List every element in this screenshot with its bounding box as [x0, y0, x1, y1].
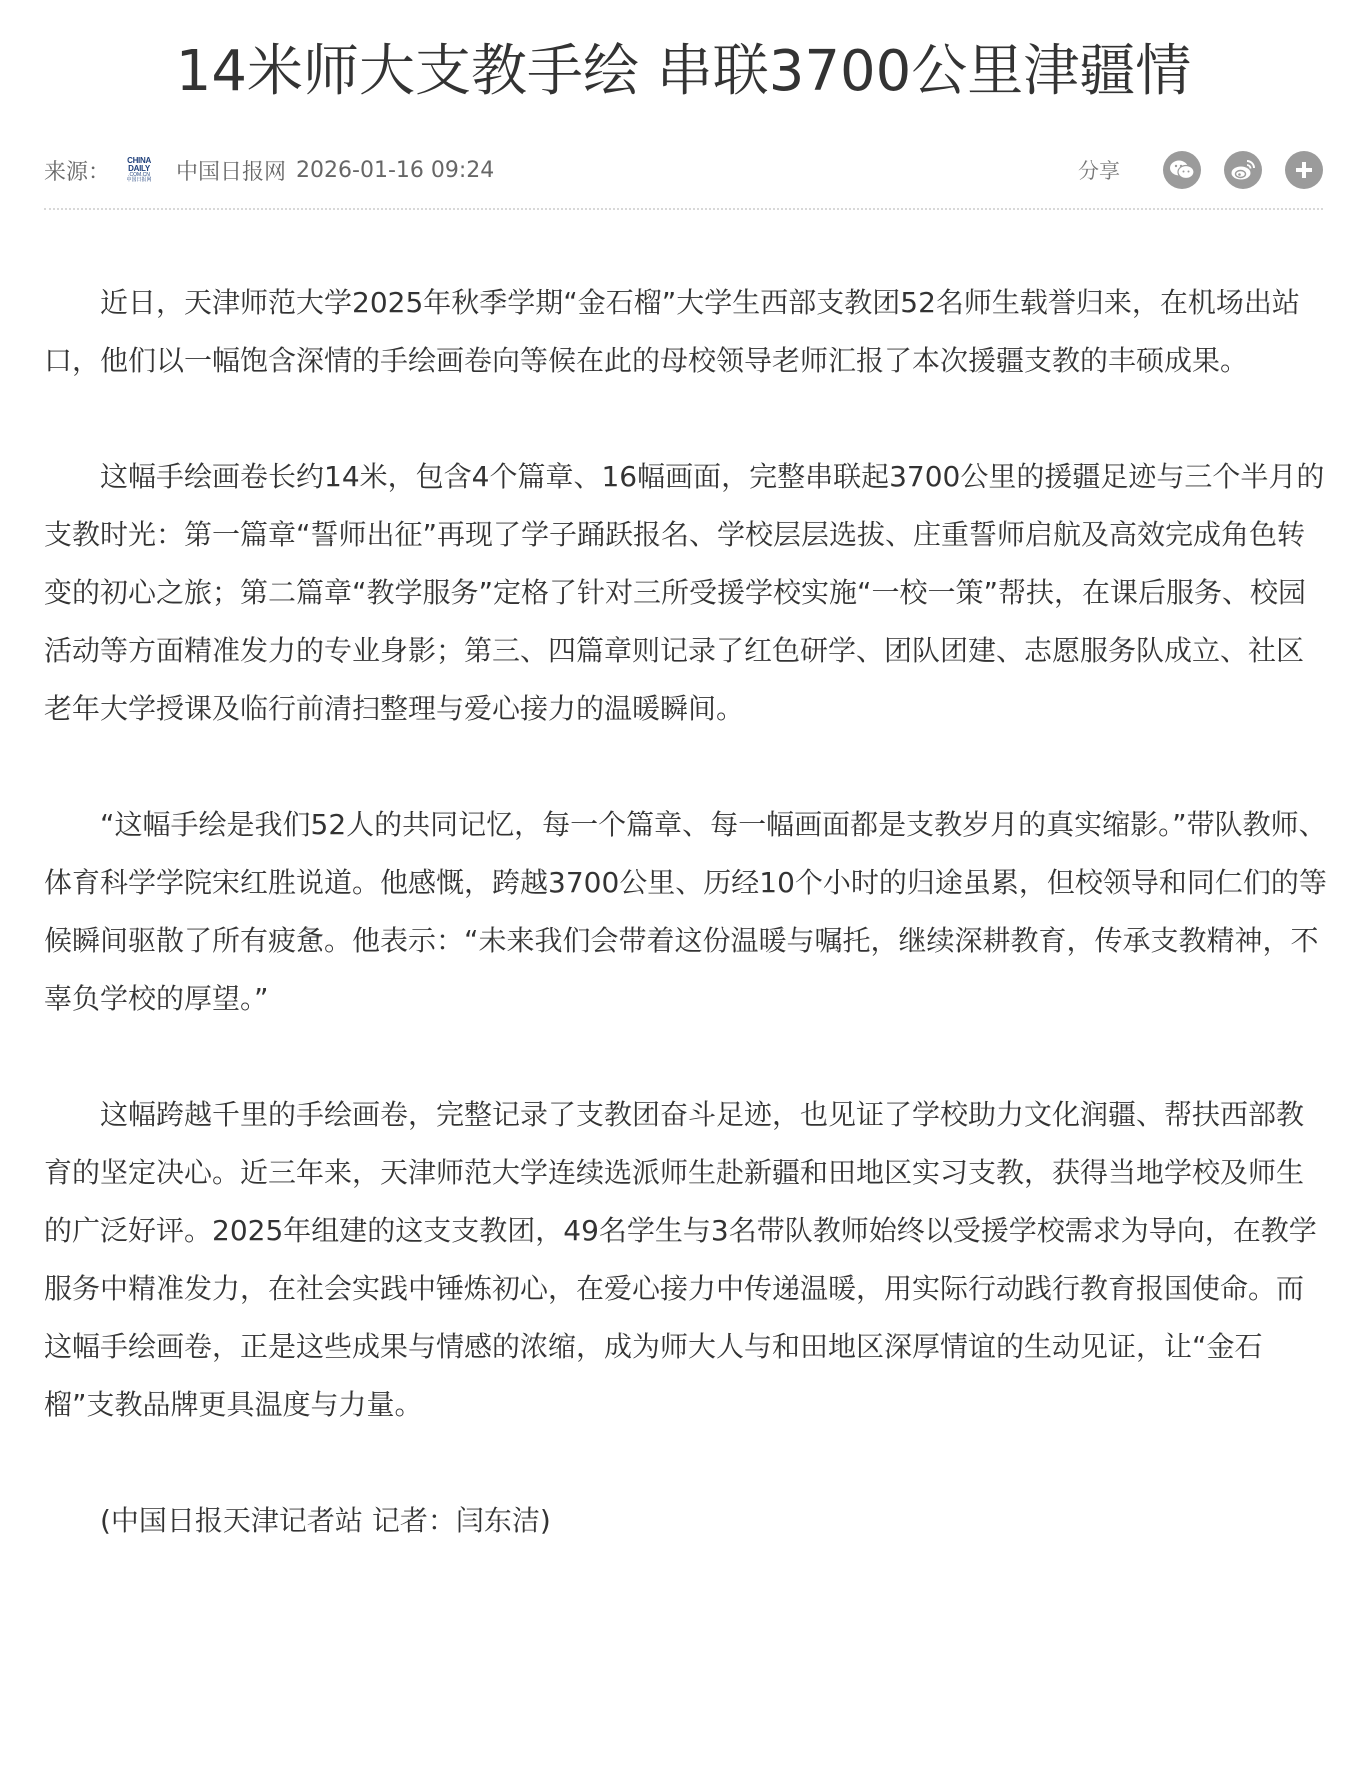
- share-wechat-button[interactable]: [1163, 151, 1201, 189]
- article-meta: 来源： CHINA DAILY .COM.CN 中国日报网 中国日报网 2026…: [44, 150, 1323, 190]
- source-label: 来源：: [44, 155, 110, 186]
- wechat-icon: [1168, 158, 1196, 182]
- share-more-button[interactable]: [1285, 151, 1323, 189]
- article-title: 14米师大支教手绘 串联3700公里津疆情: [0, 36, 1367, 108]
- plus-icon: [1293, 159, 1315, 181]
- share-bar: 分享: [1078, 151, 1323, 189]
- source-name[interactable]: 中国日报网: [176, 155, 286, 186]
- weibo-icon: [1229, 158, 1257, 182]
- byline: (中国日报天津记者站 记者：闫东洁): [44, 1492, 1330, 1550]
- share-label: 分享: [1078, 155, 1120, 185]
- article-page: 14米师大支教手绘 串联3700公里津疆情 来源： CHINA DAILY .C…: [0, 0, 1367, 1768]
- publish-date: 2026-01-16 09:24: [296, 158, 494, 183]
- meta-divider: [44, 208, 1323, 210]
- logo-line-4: 中国日报网: [127, 178, 152, 183]
- paragraph: 近日，天津师范大学2025年秋季学期“金石榴”大学生西部支教团52名师生载誉归来…: [44, 274, 1330, 390]
- china-daily-logo-icon[interactable]: CHINA DAILY .COM.CN 中国日报网: [124, 153, 154, 187]
- paragraph: “这幅手绘是我们52人的共同记忆，每一个篇章、每一幅画面都是支教岁月的真实缩影。…: [44, 796, 1330, 1028]
- article-body: 近日，天津师范大学2025年秋季学期“金石榴”大学生西部支教团52名师生载誉归来…: [44, 274, 1330, 1550]
- paragraph: 这幅跨越千里的手绘画卷，完整记录了支教团奋斗足迹，也见证了学校助力文化润疆、帮扶…: [44, 1086, 1330, 1434]
- paragraph: 这幅手绘画卷长约14米，包含4个篇章、16幅画面，完整串联起3700公里的援疆足…: [44, 448, 1330, 738]
- share-weibo-button[interactable]: [1224, 151, 1262, 189]
